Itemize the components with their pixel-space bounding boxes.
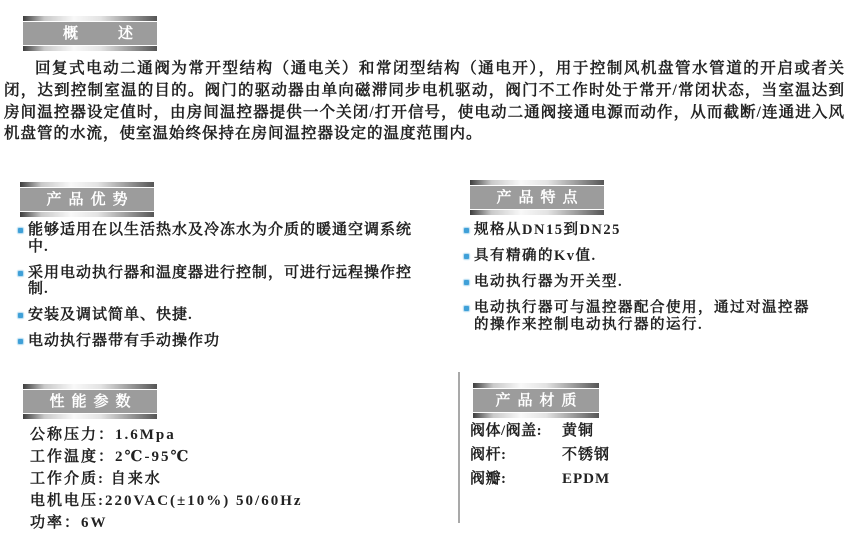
features-list: 规格从DN15到DN25 具有精确的Kv值. 电动执行器为开关型. 电动执行器可… [464, 222, 824, 343]
material-label: 阀瓣: [470, 467, 562, 491]
section-header-materials: 产品材质 [473, 383, 599, 418]
section-header-body: 产品特点 [470, 186, 604, 209]
material-value: EPDM [562, 467, 610, 491]
list-item: 规格从DN15到DN25 [464, 222, 824, 239]
section-header-body: 概述 [23, 22, 157, 45]
table-row: 阀瓣: EPDM [470, 467, 610, 491]
material-value: 黄铜 [562, 419, 594, 443]
section-header-features: 产品特点 [470, 180, 604, 215]
metallic-bar-top [23, 16, 157, 21]
performance-parameters-list: 公称压力：1.6Mpa 工作温度：2℃-95℃ 工作介质: 自来水 电机电压:2… [30, 424, 303, 534]
advantages-list: 能够适用在以生活热水及冷冻水为介质的暖通空调系统中. 采用电动执行器和温度器进行… [18, 222, 428, 359]
divider-line [458, 372, 460, 523]
metallic-bar-top [23, 384, 157, 389]
list-item: 电动执行器为开关型. [464, 274, 824, 291]
valve-datasheet-page: 概述 回复式电动二通阀为常开型结构（通电关）和常闭型结构（通电开），用于控制风机… [0, 0, 855, 555]
metallic-bar-top [470, 180, 604, 185]
section-header-body: 性能参数 [23, 390, 157, 413]
list-item: 采用电动执行器和温度器进行控制，可进行远程操作控制. [18, 265, 428, 298]
bullet-icon [464, 254, 469, 259]
table-row: 阀体/阀盖: 黄铜 [470, 419, 610, 443]
table-row: 阀杆: 不锈钢 [470, 443, 610, 467]
list-item-text: 安装及调试简单、快捷. [28, 307, 193, 324]
metallic-bar-top [20, 182, 154, 187]
bullet-icon [18, 228, 23, 233]
material-value: 不锈钢 [562, 443, 610, 467]
list-item-text: 采用电动执行器和温度器进行控制，可进行远程操作控制. [28, 265, 428, 298]
list-item: 电动执行器可与温控器配合使用，通过对温控器的操作来控制电动执行器的运行. [464, 300, 824, 333]
list-item-text: 规格从DN15到DN25 [474, 222, 621, 239]
metallic-bar-bottom [473, 413, 599, 418]
metallic-bar-bottom [23, 414, 157, 419]
parameter-motor-voltage: 电机电压:220VAC(±10%) 50/60Hz [30, 490, 303, 512]
bullet-icon [18, 339, 23, 344]
bullet-icon [464, 280, 469, 285]
section-title-advantages: 产品优势 [39, 191, 134, 208]
list-item: 电动执行器带有手动操作功 [18, 333, 428, 350]
section-title-materials: 产品材质 [488, 392, 583, 409]
materials-table: 阀体/阀盖: 黄铜 阀杆: 不锈钢 阀瓣: EPDM [470, 419, 610, 491]
metallic-bar-top [473, 383, 599, 388]
bullet-icon [464, 228, 469, 233]
section-header-body: 产品材质 [473, 389, 599, 412]
metallic-bar-bottom [470, 210, 604, 215]
list-item-text: 电动执行器为开关型. [474, 274, 623, 291]
section-header-overview: 概述 [23, 16, 157, 51]
parameter-nominal-pressure: 公称压力：1.6Mpa [30, 424, 303, 446]
section-header-advantages: 产品优势 [20, 182, 154, 217]
metallic-bar-bottom [23, 46, 157, 51]
list-item-text: 电动执行器带有手动操作功 [28, 333, 220, 350]
parameter-working-temperature: 工作温度：2℃-95℃ [30, 446, 303, 468]
bullet-icon [18, 313, 23, 318]
section-title-performance: 性能参数 [42, 393, 137, 410]
parameter-power: 功率：6W [30, 512, 303, 534]
section-header-performance: 性能参数 [23, 384, 157, 419]
section-title-overview: 概述 [23, 25, 173, 42]
section-header-body: 产品优势 [20, 188, 154, 211]
metallic-bar-bottom [20, 212, 154, 217]
list-item: 安装及调试简单、快捷. [18, 307, 428, 324]
list-item-text: 电动执行器可与温控器配合使用，通过对温控器的操作来控制电动执行器的运行. [474, 300, 814, 333]
overview-paragraph: 回复式电动二通阀为常开型结构（通电关）和常闭型结构（通电开），用于控制风机盘管水… [4, 58, 845, 145]
bullet-icon [464, 306, 469, 311]
material-label: 阀体/阀盖: [470, 419, 562, 443]
list-item: 能够适用在以生活热水及冷冻水为介质的暖通空调系统中. [18, 222, 428, 255]
material-label: 阀杆: [470, 443, 562, 467]
parameter-working-medium: 工作介质: 自来水 [30, 468, 303, 490]
bullet-icon [18, 271, 23, 276]
list-item-text: 能够适用在以生活热水及冷冻水为介质的暖通空调系统中. [28, 222, 428, 255]
list-item-text: 具有精确的Kv值. [474, 248, 597, 265]
section-title-features: 产品特点 [489, 189, 584, 206]
list-item: 具有精确的Kv值. [464, 248, 824, 265]
